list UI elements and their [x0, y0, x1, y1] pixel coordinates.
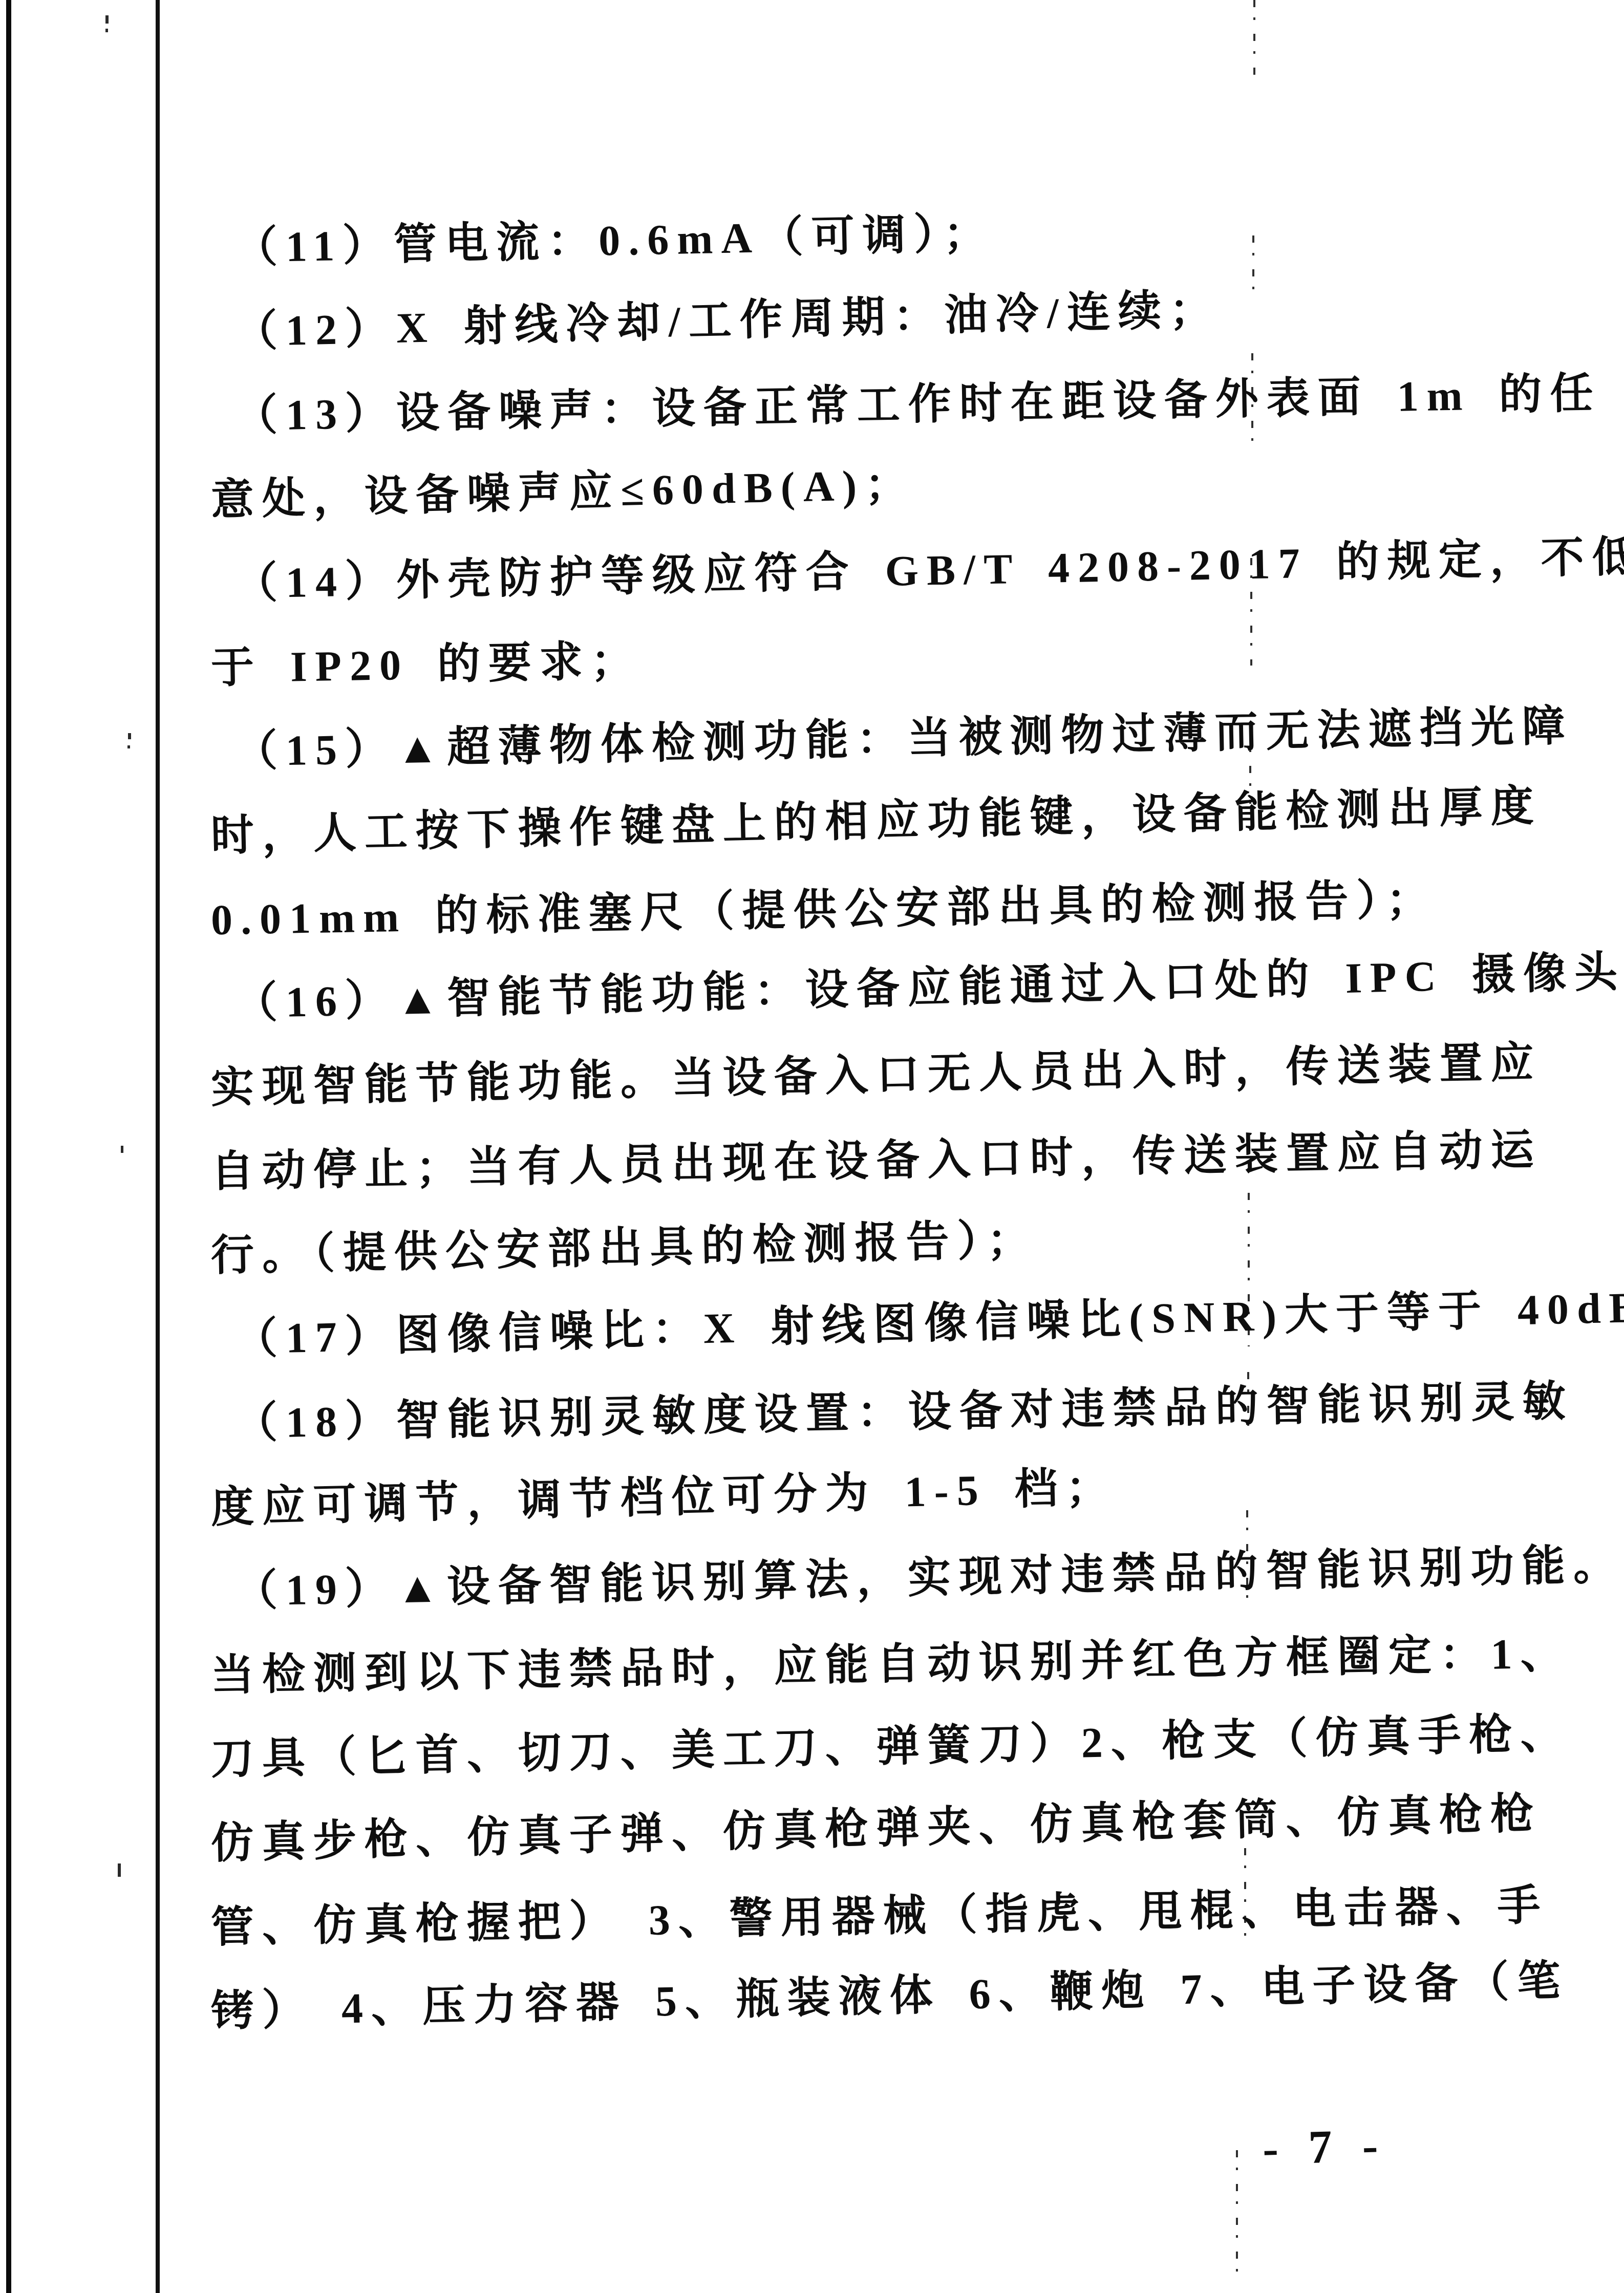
- page-number: - 7 -: [1262, 2118, 1388, 2176]
- fold-line-segment: [1253, 0, 1255, 77]
- scan-artifact: [105, 15, 109, 24]
- document-text-block: （11）管电流：0.6mA（可调）； （12）X 射线冷却/工作周期：油冷/连续…: [0, 207, 1624, 2054]
- scanned-document-page: （11）管电流：0.6mA（可调）； （12）X 射线冷却/工作周期：油冷/连续…: [0, 0, 1624, 2293]
- scan-artifact: [105, 29, 108, 32]
- fold-line-segment: [1236, 2150, 1238, 2273]
